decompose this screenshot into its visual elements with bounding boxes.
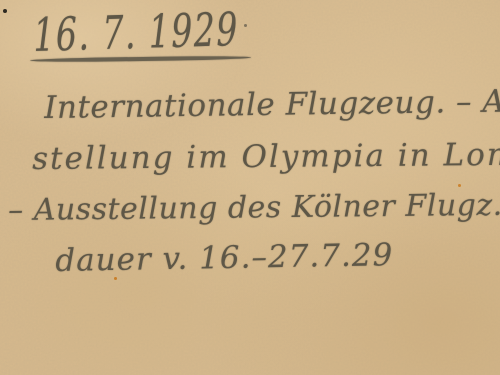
paper-fiber-speck <box>458 184 461 187</box>
pencil-dot <box>244 24 247 27</box>
handwritten-line-4: dauer v. 16.–27.7.29 <box>55 237 394 279</box>
handwritten-line-1: Internationale Flugzeug. – Aus <box>44 83 500 126</box>
date-heading: 16. 7. 1929 <box>33 2 239 62</box>
handwritten-line-3: – Ausstellung des Kölner Flugz.-Modell <box>8 187 500 228</box>
ink-speck <box>3 9 7 13</box>
handwritten-line-2: stellung im Olympia in London <box>32 136 500 177</box>
archive-card: 16. 7. 1929 Internationale Flugzeug. – A… <box>0 0 500 375</box>
